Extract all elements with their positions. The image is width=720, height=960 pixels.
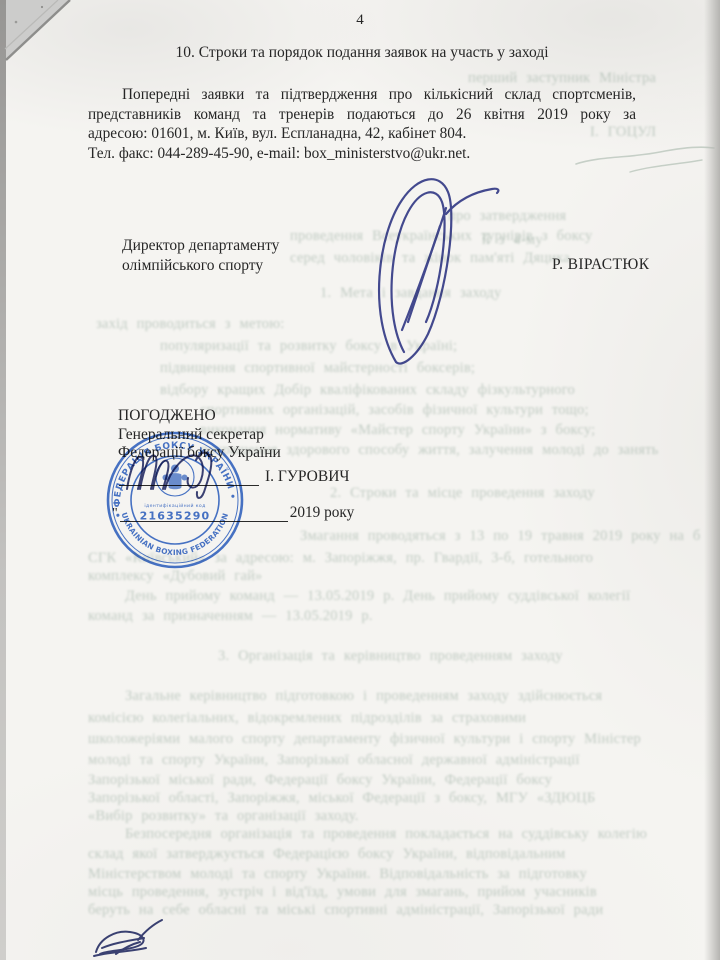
director-title-line: олімпійського спорту bbox=[122, 256, 279, 276]
ghost-line: відбору кращих Добір кваліфікованих скла… bbox=[160, 382, 640, 399]
ghost-line: 3. Організація та керівництво проведення… bbox=[218, 648, 578, 665]
ghost-line: 2. Строки та місце проведення заходу bbox=[330, 485, 670, 502]
ghost-line: Загальне керівництво підготовкою і прове… bbox=[125, 688, 670, 705]
bottom-initials-ink bbox=[88, 916, 208, 960]
ghost-line: захід проводиться з метою: bbox=[96, 316, 326, 333]
ghost-line: молоді та спорту України, Запорізької об… bbox=[88, 752, 663, 769]
scanned-document-page: перший заступник МіністраІ. ГОЦУЛпро зат… bbox=[0, 0, 720, 960]
ghost-line: «Вибір розвитку» та організації заходу. bbox=[88, 808, 398, 825]
ghost-line: Міністерством молоді та спорту України. … bbox=[88, 866, 656, 883]
ghost-line: команд за призначенням — 13.05.2019 р. bbox=[88, 608, 408, 625]
contact-line: Тел. факс: 044-289-45-90, e-mail: box_mi… bbox=[88, 144, 636, 164]
approval-date-suffix: 2019 року bbox=[290, 504, 355, 521]
body-paragraph: Попередні заявки та підтвердження про кі… bbox=[88, 85, 636, 163]
approval-name: І. ГУРОВИЧ bbox=[265, 468, 349, 485]
ghost-line: Змагання проводяться з 13 по 19 травня 2… bbox=[300, 528, 700, 545]
left-scan-edge bbox=[0, 0, 6, 960]
right-scan-edge bbox=[704, 0, 720, 960]
paragraph-line: представників команд та тренерів подають… bbox=[88, 105, 636, 125]
secretary-signature-ink bbox=[120, 448, 230, 504]
ghost-line: місць проведення, зустріч і від'їзд, умо… bbox=[88, 884, 656, 901]
paragraph-line: адресою: 01601, м. Київ, вул. Еспланадна… bbox=[88, 124, 636, 144]
paragraph-line: Попередні заявки та підтвердження про кі… bbox=[88, 85, 636, 105]
page-number: 4 bbox=[0, 12, 720, 29]
ghost-line: комплексу «Дубовий гай» bbox=[88, 568, 298, 585]
section-heading: 10. Строки та порядок подання заявок на … bbox=[88, 44, 636, 62]
ghost-line: День прийому команд — 13.05.2019 р. День… bbox=[125, 588, 670, 605]
corner-fold bbox=[0, 0, 80, 70]
approved-label: ПОГОДЖЕНО bbox=[118, 407, 281, 426]
director-title-line: Директор департаменту bbox=[122, 236, 279, 256]
ghost-line: Запорізької міської ради, Федерації бокс… bbox=[88, 772, 658, 789]
ghost-line: Запорізької області, Запоріжжя, міської … bbox=[88, 790, 668, 807]
ghost-line: Безпосередня організація та проведення п… bbox=[125, 826, 685, 843]
stamp-id-number: 21635290 bbox=[140, 510, 211, 523]
director-title-block: Директор департаменту олімпійського спор… bbox=[122, 236, 279, 277]
director-name: Р. ВІРАСТЮК bbox=[552, 256, 649, 274]
ghost-line: склад якої затверджується Федерацією бок… bbox=[88, 846, 653, 863]
ghost-line: комісією колегіальних, відокремлених під… bbox=[88, 710, 618, 727]
ghost-line: школожеріями малого спорту департаменту … bbox=[88, 731, 668, 748]
director-signature-ink bbox=[360, 168, 510, 378]
